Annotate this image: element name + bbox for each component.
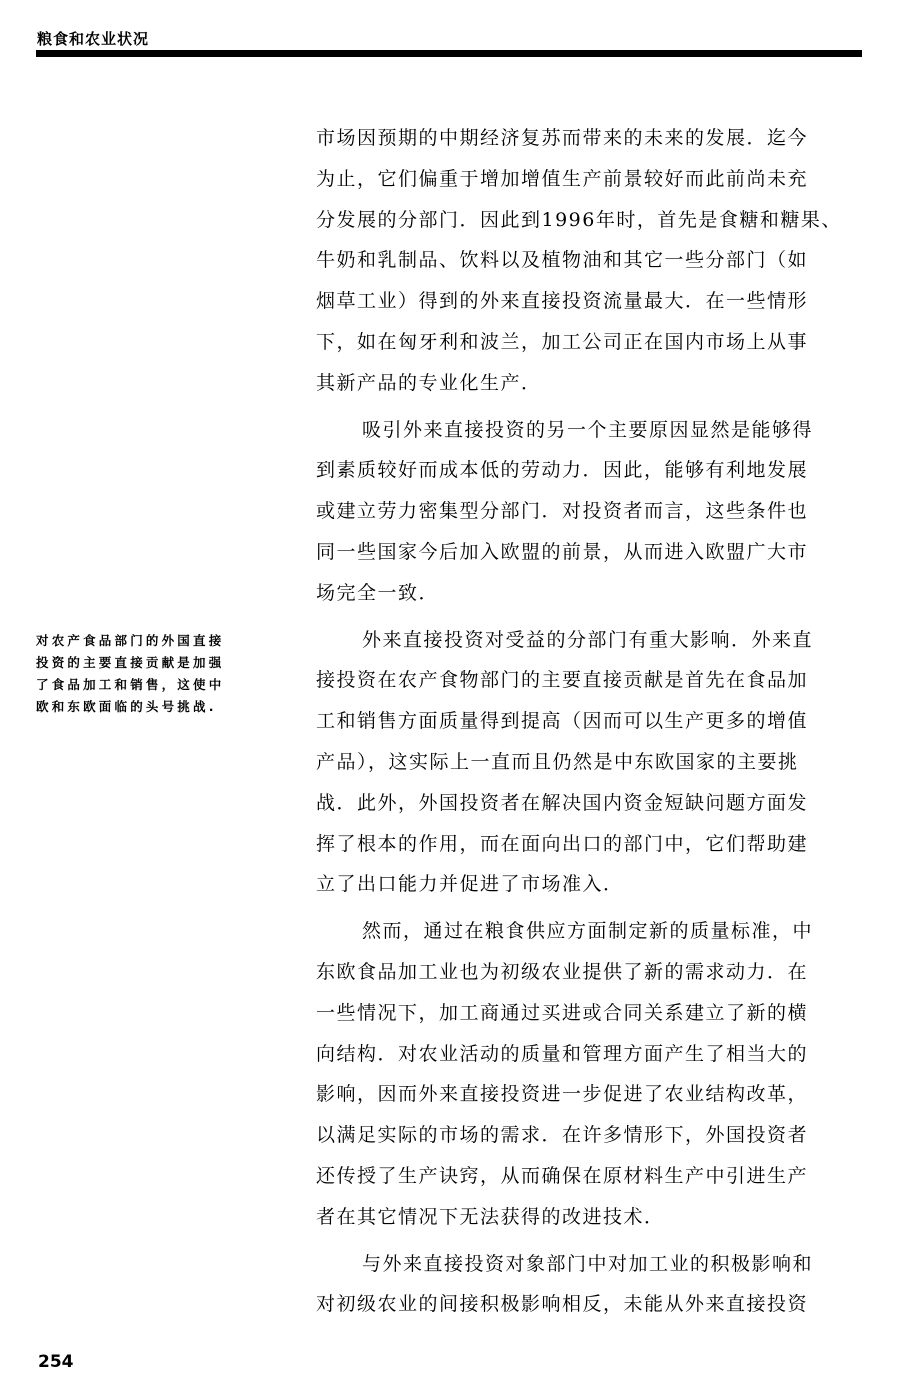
- body-text: 市场因预期的中期经济复苏而带来的未来的发展．迄今 为止，它们偏重于增加增值生产前…: [316, 118, 856, 1325]
- margin-note-line: 对农产食品部门的外国直接: [36, 630, 286, 652]
- text-line: 吸引外来直接投资的另一个主要原因显然是能够得: [316, 410, 856, 451]
- text-line: 向结构．对农业活动的质量和管理方面产生了相当大的: [316, 1034, 856, 1075]
- text-line: 影响，因而外来直接投资进一步促进了农业结构改革，: [316, 1074, 856, 1115]
- paragraph-2: 吸引外来直接投资的另一个主要原因显然是能够得 到素质较好而成本低的劳动力．因此，…: [316, 410, 856, 614]
- text-line: 烟草工业）得到的外来直接投资流量最大．在一些情形: [316, 281, 856, 322]
- text-line: 然而，通过在粮食供应方面制定新的质量标准，中: [316, 911, 856, 952]
- text-line: 市场因预期的中期经济复苏而带来的未来的发展．迄今: [316, 118, 856, 159]
- text-line: 立了出口能力并促进了市场准入．: [316, 864, 856, 905]
- paragraph-5: 与外来直接投资对象部门中对加工业的积极影响和 对初级农业的间接积极影响相反，未能…: [316, 1244, 856, 1326]
- paragraph-3: 外来直接投资对受益的分部门有重大影响．外来直 接投资在农产食物部门的主要直接贡献…: [316, 620, 856, 906]
- text-line: 对初级农业的间接积极影响相反，未能从外来直接投资: [316, 1284, 856, 1325]
- text-line: 一些情况下，加工商通过买进或合同关系建立了新的横: [316, 993, 856, 1034]
- text-line: 场完全一致．: [316, 573, 856, 614]
- margin-note: 对农产食品部门的外国直接 投资的主要直接贡献是加强 了食品加工和销售，这使中 欧…: [36, 630, 286, 718]
- text-line: 为止，它们偏重于增加增值生产前景较好而此前尚未充: [316, 159, 856, 200]
- text-line: 其新产品的专业化生产．: [316, 363, 856, 404]
- text-line: 与外来直接投资对象部门中对加工业的积极影响和: [316, 1244, 856, 1285]
- text-line: 者在其它情况下无法获得的改进技术．: [316, 1197, 856, 1238]
- text-line: 下，如在匈牙利和波兰，加工公司正在国内市场上从事: [316, 322, 856, 363]
- text-line: 同一些国家今后加入欧盟的前景，从而进入欧盟广大市: [316, 532, 856, 573]
- running-title: 粮食和农业状况: [37, 28, 149, 49]
- text-line: 以满足实际的市场的需求．在许多情形下，外国投资者: [316, 1115, 856, 1156]
- text-line: 还传授了生产诀窍，从而确保在原材料生产中引进生产: [316, 1156, 856, 1197]
- text-line: 战．此外，外国投资者在解决国内资金短缺问题方面发: [316, 783, 856, 824]
- margin-note-line: 了食品加工和销售，这使中: [36, 674, 286, 696]
- text-line: 分发展的分部门．因此到1996年时，首先是食糖和糖果、: [316, 200, 856, 241]
- page-number: 254: [38, 1352, 74, 1372]
- text-line: 到素质较好而成本低的劳动力．因此，能够有利地发展: [316, 450, 856, 491]
- text-line: 或建立劳力密集型分部门．对投资者而言，这些条件也: [316, 491, 856, 532]
- margin-note-line: 欧和东欧面临的头号挑战.: [36, 696, 286, 718]
- text-line: 外来直接投资对受益的分部门有重大影响．外来直: [316, 620, 856, 661]
- margin-note-line: 投资的主要直接贡献是加强: [36, 652, 286, 674]
- text-line: 接投资在农产食物部门的主要直接贡献是首先在食品加: [316, 660, 856, 701]
- text-line: 产品），这实际上一直而且仍然是中东欧国家的主要挑: [316, 742, 856, 783]
- header-rule: [36, 50, 862, 57]
- paragraph-4: 然而，通过在粮食供应方面制定新的质量标准，中 东欧食品加工业也为初级农业提供了新…: [316, 911, 856, 1237]
- text-line: 工和销售方面质量得到提高（因而可以生产更多的增值: [316, 701, 856, 742]
- text-line: 挥了根本的作用，而在面向出口的部门中，它们帮助建: [316, 824, 856, 865]
- paragraph-1: 市场因预期的中期经济复苏而带来的未来的发展．迄今 为止，它们偏重于增加增值生产前…: [316, 118, 856, 404]
- text-line: 牛奶和乳制品、饮料以及植物油和其它一些分部门（如: [316, 240, 856, 281]
- text-line: 东欧食品加工业也为初级农业提供了新的需求动力．在: [316, 952, 856, 993]
